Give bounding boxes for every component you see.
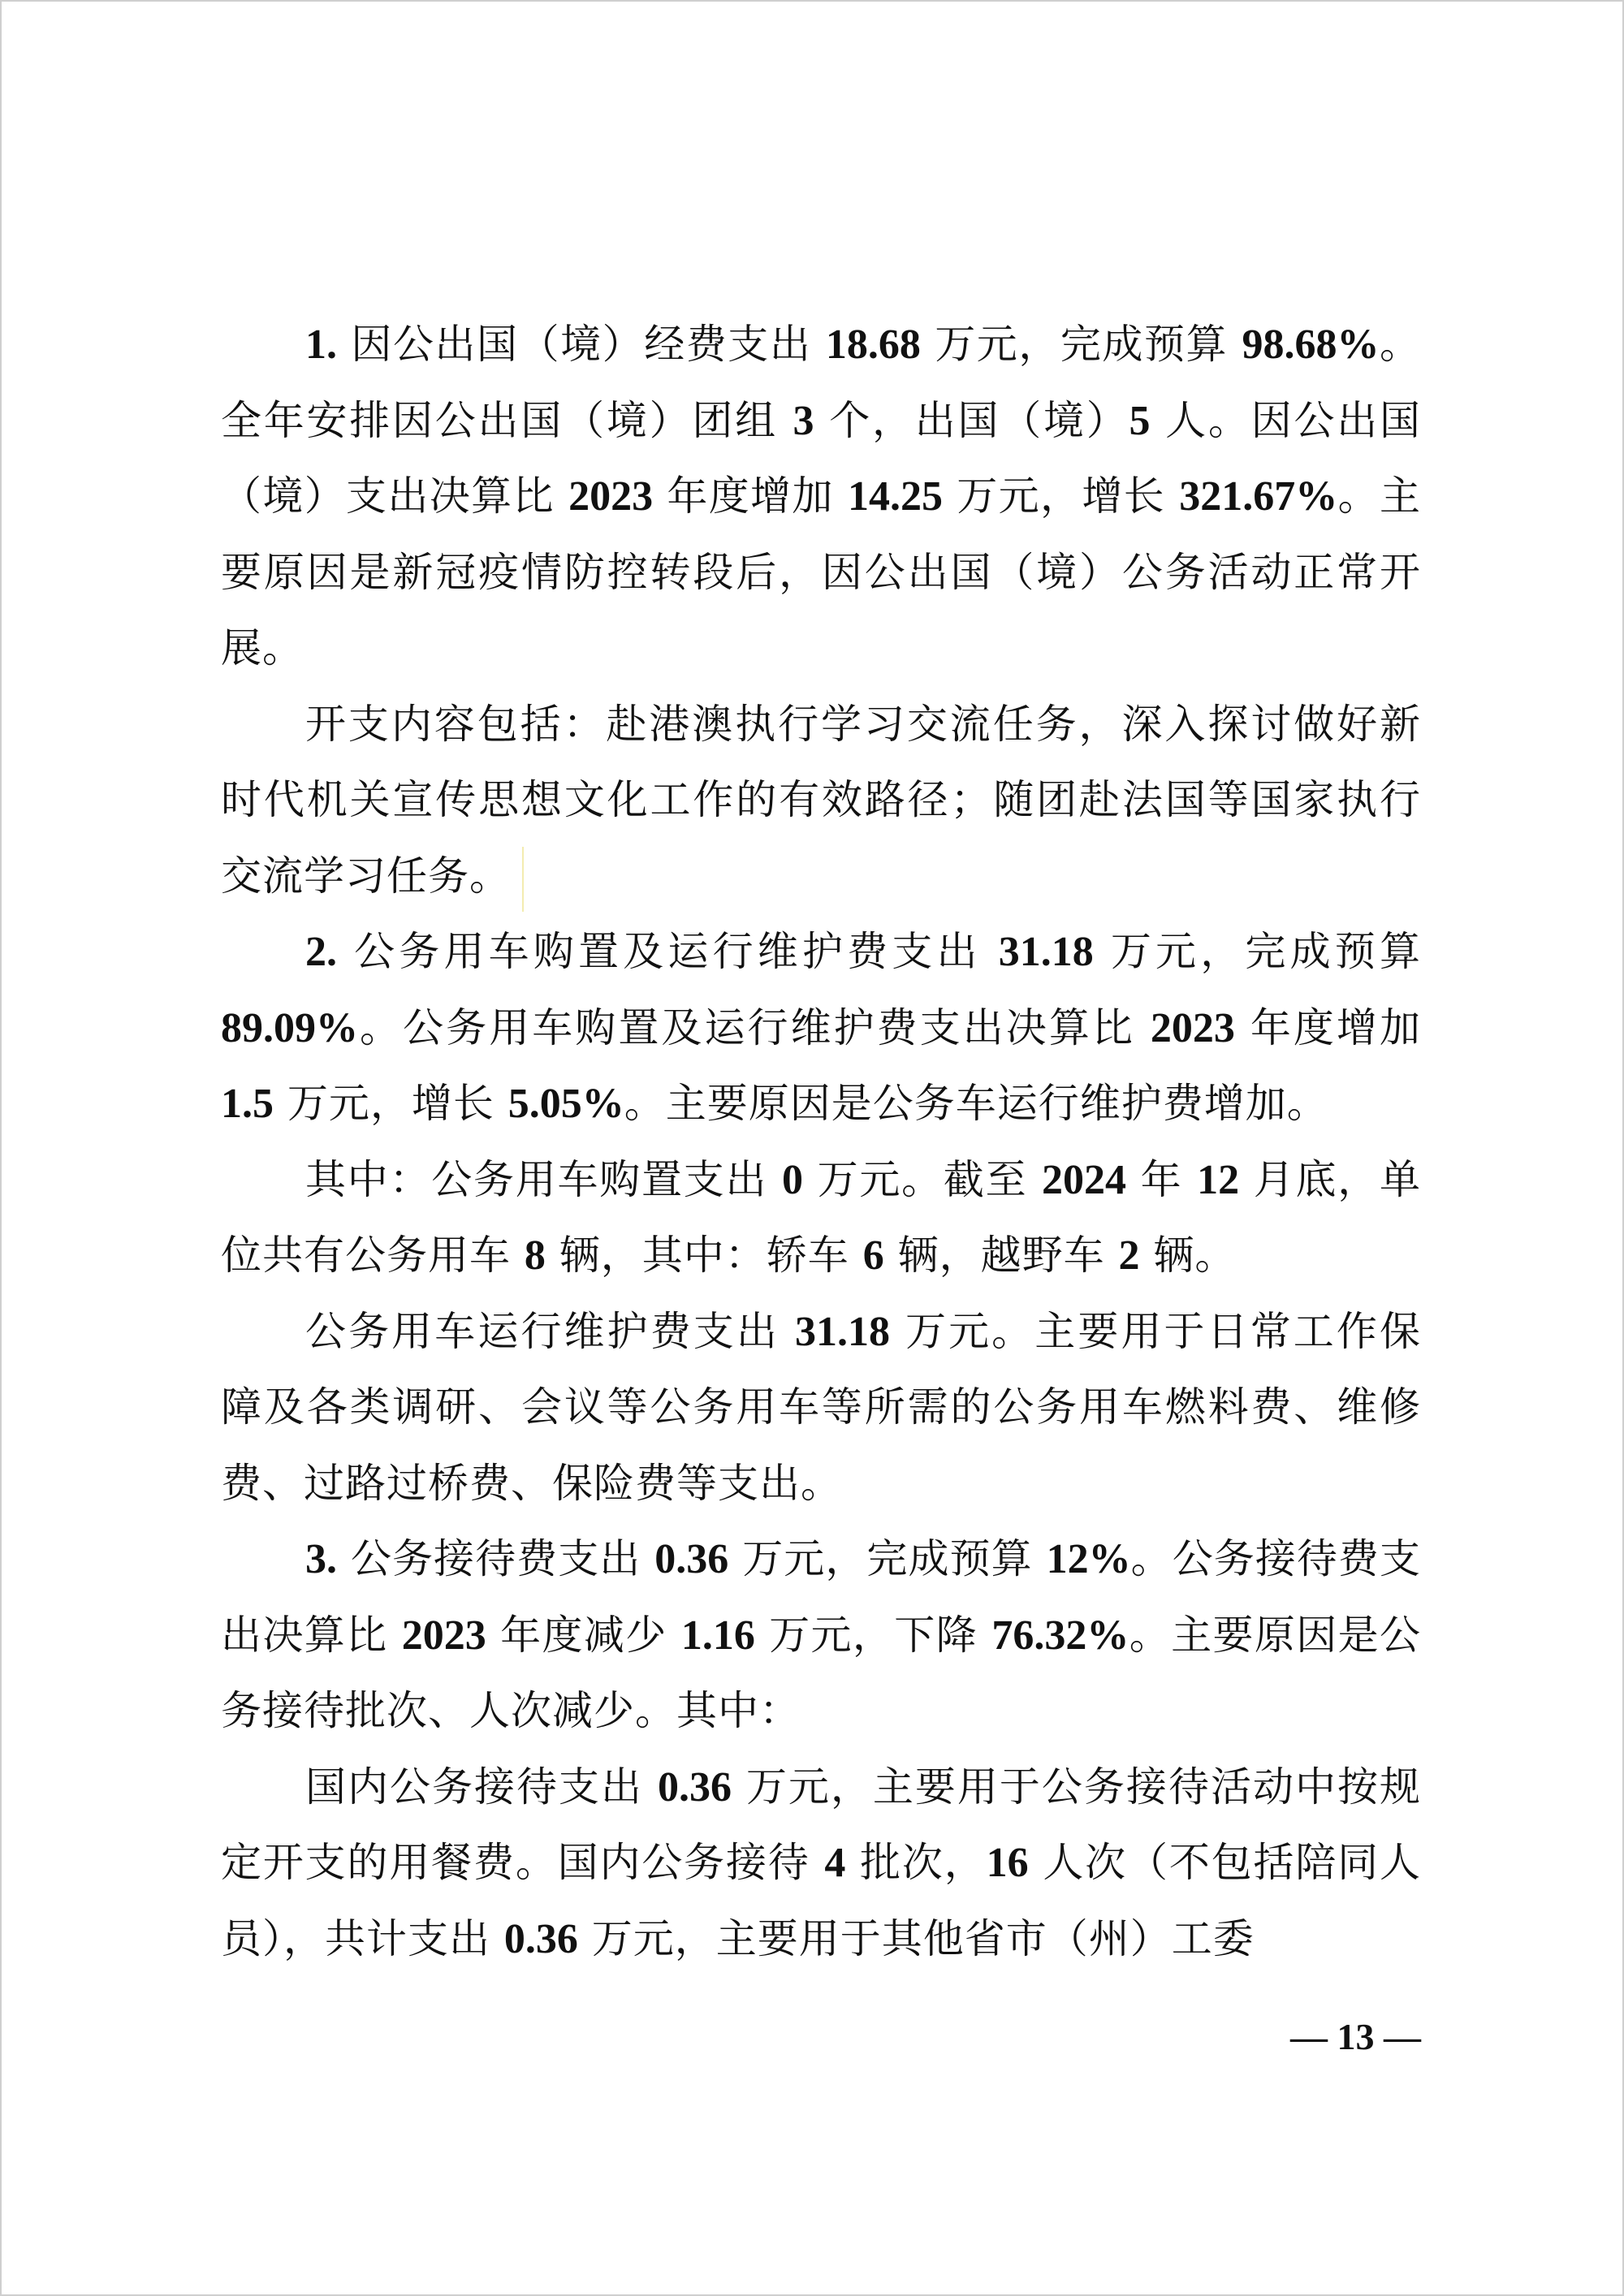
bold-figure: 0: [782, 1157, 803, 1203]
bold-figure: 12%: [1047, 1536, 1131, 1582]
bold-figure: 0.36: [658, 1764, 732, 1810]
bold-figure: 16: [987, 1840, 1029, 1886]
bold-figure: 14.25: [848, 473, 943, 520]
text-run: 公务接待费支出: [337, 1535, 654, 1582]
bold-figure: 6: [863, 1232, 884, 1279]
bold-figure: 5: [1129, 398, 1151, 444]
text-run: 。主要原因是公务车运行维护费增加。: [624, 1080, 1328, 1127]
bold-figure: 2023: [1151, 1005, 1235, 1051]
bold-figure: 8: [525, 1232, 546, 1279]
bold-figure: 89.09%: [221, 1005, 358, 1051]
text-run: 万元，完成预算: [921, 321, 1242, 368]
text-run: 其中：公务用车购置支出: [305, 1156, 782, 1203]
text-run: 个，出国（境）: [814, 397, 1129, 444]
page-number: — 13 —: [1259, 2015, 1421, 2058]
text-run: 因公出国（境）经费支出: [337, 321, 826, 368]
text-run: 万元，增长: [943, 473, 1179, 520]
text-run: 辆，其中：轿车: [546, 1232, 863, 1279]
bold-figure: 98.68%: [1242, 322, 1379, 368]
text-run: 万元。截至: [803, 1156, 1042, 1203]
text-run: 年度增加: [653, 473, 848, 520]
document-page: 1. 因公出国（境）经费支出 18.68 万元，完成预算 98.68%。全年安排…: [0, 0, 1624, 2296]
bold-figure: 5.05%: [508, 1081, 624, 1127]
text-run: 开支内容包括：赴港澳执行学习交流任务，深入探讨做好新时代机关宣传思想文化工作的有…: [221, 701, 1421, 900]
bold-figure: 1.16: [681, 1612, 755, 1659]
bold-figure: 1.5: [221, 1081, 274, 1127]
bold-figure: 2.: [305, 929, 337, 975]
paragraph-domestic-reception: 国内公务接待支出 0.36 万元，主要用于公务接待活动中按规定开支的用餐费。国内…: [221, 1750, 1421, 1978]
text-run: 批次，: [845, 1839, 986, 1886]
text-run: 万元，完成预算: [1094, 928, 1421, 975]
text-run: 年: [1126, 1156, 1197, 1203]
bold-figure: 2023: [402, 1612, 486, 1659]
text-run: 年度增加: [1235, 1004, 1421, 1051]
text-run: 公务用车购置及运行维护费支出: [337, 928, 999, 975]
text-run: 公务用车运行维护费支出: [305, 1308, 795, 1355]
paragraph-outbound-travel: 1. 因公出国（境）经费支出 18.68 万元，完成预算 98.68%。全年安排…: [221, 307, 1421, 687]
text-run: 万元，增长: [274, 1080, 508, 1127]
bold-figure: 1.: [305, 322, 337, 368]
bold-figure: 3.: [305, 1536, 337, 1582]
paragraph-travel-content: 开支内容包括：赴港澳执行学习交流任务，深入探讨做好新时代机关宣传思想文化工作的有…: [221, 687, 1421, 915]
bold-figure: 2024: [1042, 1157, 1126, 1203]
bold-figure: 31.18: [999, 929, 1094, 975]
bold-figure: 18.68: [826, 322, 921, 368]
bold-figure: 0.36: [504, 1916, 578, 1962]
bold-figure: 3: [793, 398, 814, 444]
bold-figure: 4: [824, 1840, 845, 1886]
paragraph-vehicle-purchase: 其中：公务用车购置支出 0 万元。截至 2024 年 12 月底，单位共有公务用…: [221, 1142, 1421, 1294]
bold-figure: 321.67%: [1179, 473, 1337, 520]
bold-figure: 2023: [568, 473, 653, 520]
text-run: 万元，下降: [755, 1612, 991, 1659]
text-run: 万元，完成预算: [728, 1535, 1046, 1582]
bold-figure: 0.36: [654, 1536, 728, 1582]
text-run: 国内公务接待支出: [305, 1763, 658, 1810]
paragraph-vehicle-expense: 2. 公务用车购置及运行维护费支出 31.18 万元，完成预算 89.09%。公…: [221, 914, 1421, 1142]
bold-figure: 31.18: [795, 1309, 890, 1355]
text-cursor-mark: [522, 847, 524, 912]
text-run: 。公务用车购置及运行维护费支出决算比: [358, 1004, 1151, 1051]
bold-figure: 12: [1197, 1157, 1239, 1203]
paragraph-vehicle-maintenance: 公务用车运行维护费支出 31.18 万元。主要用于日常工作保障及各类调研、会议等…: [221, 1294, 1421, 1522]
text-run: 万元，主要用于其他省市（州）工委: [578, 1915, 1255, 1962]
paragraph-reception-expense: 3. 公务接待费支出 0.36 万元，完成预算 12%。公务接待费支出决算比 2…: [221, 1521, 1421, 1750]
bold-figure: 2: [1119, 1232, 1140, 1279]
text-run: 辆，越野车: [884, 1232, 1119, 1279]
bold-figure: 76.32%: [991, 1612, 1129, 1659]
text-run: 年度减少: [486, 1612, 681, 1659]
text-run: 辆。: [1140, 1232, 1237, 1279]
document-body: 1. 因公出国（境）经费支出 18.68 万元，完成预算 98.68%。全年安排…: [221, 307, 1421, 1977]
